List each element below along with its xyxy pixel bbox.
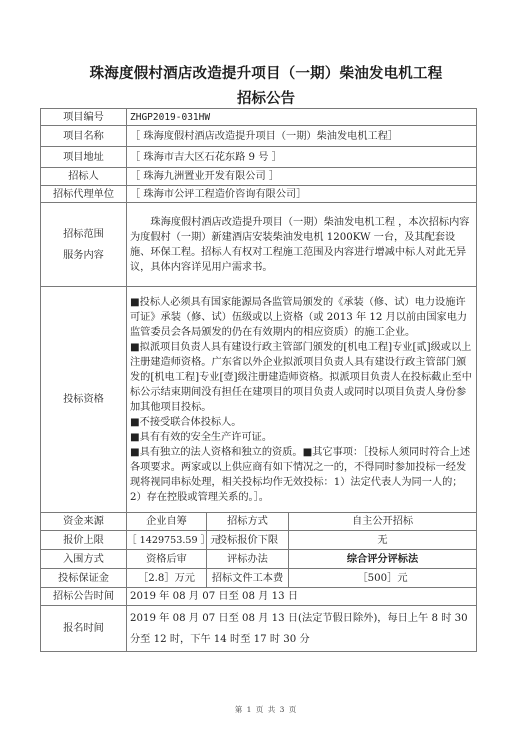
value-price-floor: 无 (289, 531, 477, 550)
label-price-cap: 报价上限 (41, 531, 127, 550)
value-project-address: ［ 珠海市吉大区石花东路 9 号 ］ (127, 147, 477, 168)
qualification-item: ■投标人必须具有国家能源局各监管局颁发的《承装（修、试）电力设施许可证》承装（修… (130, 295, 473, 340)
value-document-fee: ［500］元 (289, 569, 477, 588)
value-tenderer: ［ 珠海九洲置业开发有限公司 ］ (127, 168, 477, 186)
value-evaluation-method: 综合评分评标法 (289, 550, 477, 569)
qualification-item: ■不接受联合体投标人。 (130, 415, 473, 430)
value-registration: 2019 年 08 月 07 日至 08 月 13 日(法定节假日除外)，每日上… (127, 606, 477, 652)
label-evaluation-method: 评标办法 (207, 550, 289, 569)
value-price-cap: ［ 1429753.59 ］元 (127, 531, 207, 550)
label-project-no: 项目编号 (41, 109, 127, 126)
label-notice-time: 招标公告时间 (41, 588, 127, 606)
value-funding: 企业自筹 (127, 513, 207, 531)
row-notice-time: 招标公告时间 2019 年 08 月 07 日至 08 月 13 日 (41, 588, 477, 606)
page-number: 第 1 页 共 3 页 (0, 704, 532, 715)
value-agency: ［ 珠海市公评工程造价咨询有限公司］ (127, 186, 477, 203)
label-tenderer: 招标人 (41, 168, 127, 186)
label-funding: 资金来源 (41, 513, 127, 531)
row-price-cap: 报价上限 ［ 1429753.59 ］元 投标报价下限 无 (41, 531, 477, 550)
qualification-item: ■拟派项目负责人具有建设行政主管部门颁发的[机电工程]专业[贰]级或以上注册建造… (130, 340, 473, 415)
row-deposit: 投标保证金 ［2.8］万元 招标文件工本费 ［500］元 (41, 569, 477, 588)
label-document-fee: 招标文件工本费 (207, 569, 289, 588)
value-tender-method: 自主公开招标 (289, 513, 477, 531)
label-qualification: 投标资格 (41, 287, 127, 513)
row-qualification: 投标资格 ■投标人必须具有国家能源局各监管局颁发的《承装（修、试）电力设施许可证… (41, 287, 477, 513)
row-tenderer: 招标人 ［ 珠海九洲置业开发有限公司 ］ (41, 168, 477, 186)
row-entry: 入围方式 资格后审 评标办法 综合评分评标法 (41, 550, 477, 569)
row-funding: 资金来源 企业自筹 招标方式 自主公开招标 (41, 513, 477, 531)
row-project-no: 项目编号 ZHGP2019-031HW (41, 109, 477, 126)
label-deposit: 投标保证金 (41, 569, 127, 588)
label-project-address: 项目地址 (41, 147, 127, 168)
label-project-name: 项目名称 (41, 126, 127, 147)
label-scope-line1: 招标范围 (44, 224, 123, 245)
value-scope: 珠海度假村酒店改造提升项目（一期）柴油发电机工程 ，本次招标内容为度假村（一期）… (127, 203, 477, 287)
row-project-name: 项目名称 ［ 珠海度假村酒店改造提升项目（一期）柴油发电机工程］ (41, 126, 477, 147)
label-agency: 招标代理单位 (41, 186, 127, 203)
qualification-item: ■具有独立的法人资格和独立的资质。■其它事项：［投标人须同时符合上述各项要求。两… (130, 445, 473, 505)
label-tender-method: 招标方式 (207, 513, 289, 531)
label-entry-method: 入围方式 (41, 550, 127, 569)
value-notice-time: 2019 年 08 月 07 日至 08 月 13 日 (127, 588, 477, 606)
row-agency: 招标代理单位 ［ 珠海市公评工程造价咨询有限公司］ (41, 186, 477, 203)
value-entry-method: 资格后审 (127, 550, 207, 569)
row-registration: 报名时间 2019 年 08 月 07 日至 08 月 13 日(法定节假日除外… (41, 606, 477, 652)
qualification-item: ■具有有效的安全生产许可证。 (130, 430, 473, 445)
row-project-address: 项目地址 ［ 珠海市吉大区石花东路 9 号 ］ (41, 147, 477, 168)
tender-notice-table: 项目编号 ZHGP2019-031HW 项目名称 ［ 珠海度假村酒店改造提升项目… (40, 108, 477, 652)
document-subtitle: 招标公告 (0, 87, 532, 108)
document-title: 珠海度假村酒店改造提升项目（一期）柴油发电机工程 (0, 62, 532, 83)
label-scope: 招标范围 服务内容 (41, 203, 127, 287)
value-project-name: ［ 珠海度假村酒店改造提升项目（一期）柴油发电机工程］ (127, 126, 477, 147)
value-project-no: ZHGP2019-031HW (127, 109, 477, 126)
label-scope-line2: 服务内容 (44, 245, 123, 266)
label-price-floor: 投标报价下限 (207, 531, 289, 550)
row-scope: 招标范围 服务内容 珠海度假村酒店改造提升项目（一期）柴油发电机工程 ，本次招标… (41, 203, 477, 287)
label-registration: 报名时间 (41, 606, 127, 652)
value-deposit: ［2.8］万元 (127, 569, 207, 588)
value-qualification: ■投标人必须具有国家能源局各监管局颁发的《承装（修、试）电力设施许可证》承装（修… (127, 287, 477, 513)
